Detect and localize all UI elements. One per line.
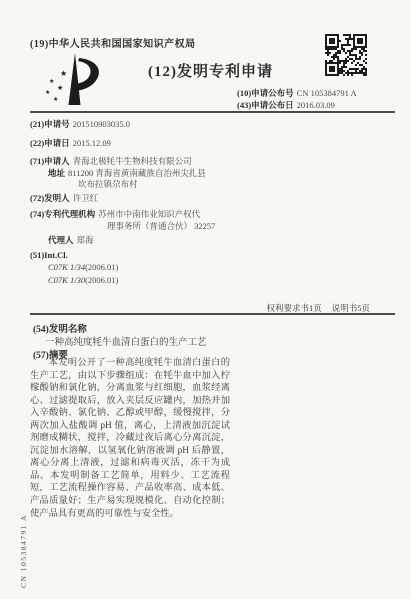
star: ★ (49, 78, 54, 85)
application-number-value: 201510903035.0 (73, 119, 130, 129)
publication-date-row: (43)申请公布日2016.03.09 (237, 99, 335, 111)
publication-date-label: (43)申请公布日 (237, 100, 294, 110)
ipc-code: C07K 1/34 (48, 262, 85, 272)
address-row: 地址811200 青海省黄南藏族自治州尖扎县 (30, 168, 270, 180)
agency-value: 苏州市中南伟业知识产权代 (98, 209, 200, 219)
agent-row: 代理人郑海 (30, 235, 270, 247)
abstract-text: 本发明公开了一种高纯度牦牛血清白蛋白的生产工艺，由以下步骤组成：在牦牛血中加入柠… (30, 357, 230, 520)
address-label: 地址 (48, 168, 65, 178)
inventor-row: (72)发明人许卫红 (30, 193, 270, 205)
publication-number-value: CN 105384791 A (297, 88, 357, 98)
publication-number-label: (10)申请公布号 (237, 88, 294, 98)
address-value-line2: 坎布拉镇尕布村 (78, 179, 138, 189)
side-publication-number: CN 105384791 A (19, 514, 28, 588)
star: ★ (53, 96, 58, 103)
applicant-row: (71)申请人青海北极牦牛生物科技有限公司 (30, 156, 270, 168)
address-row-2: 坎布拉镇尕布村 (30, 179, 270, 191)
invention-title: 一种高纯度牦牛血清白蛋白的生产工艺 (45, 334, 207, 348)
qr-code-icon (325, 34, 367, 76)
applicant-value: 青海北极牦牛生物科技有限公司 (73, 156, 192, 166)
logo-p-bowl (78, 58, 99, 91)
application-date-label: (22)申请日 (30, 138, 70, 148)
claims-pages: 权利要求书1页 (266, 303, 321, 313)
section-divider (30, 313, 395, 315)
agency-row: (74)专利代理机构苏州市中南伟业知识产权代 (30, 209, 270, 221)
application-number-row: (21)申请号201510903035.0 (30, 119, 270, 131)
header-divider (30, 111, 395, 113)
agent-value: 郑海 (77, 235, 94, 245)
agent-label: 代理人 (48, 235, 74, 245)
star: ★ (60, 69, 67, 78)
address-value: 811200 青海省黄南藏族自治州尖扎县 (68, 168, 206, 178)
inventor-label: (72)发明人 (30, 193, 70, 203)
ipc-code: C07K 1/30 (48, 275, 85, 285)
star: ★ (45, 89, 50, 96)
applicant-label: (71)申请人 (30, 156, 70, 166)
issuing-office: (19)中华人民共和国国家知识产权局 (30, 35, 196, 50)
description-pages: 说明书5页 (332, 303, 370, 313)
application-date-value: 2015.12.09 (73, 138, 111, 148)
int-cl-entry: C07K 1/30(2006.01) (30, 275, 270, 287)
bibliographic-data: (21)申请号201510903035.0 (22)申请日2015.12.09 … (30, 115, 270, 286)
agency-label: (74)专利代理机构 (30, 209, 95, 219)
agency-row-2: 理事务所（普通合伙） 32257 (30, 221, 270, 233)
ipc-version: (2006.01) (85, 262, 118, 272)
int-cl-entry: C07K 1/34(2006.01) (30, 262, 270, 274)
application-date-row: (22)申请日2015.12.09 (30, 138, 270, 150)
star: ★ (57, 84, 63, 92)
patent-front-page: (19)中华人民共和国国家知识产权局 ★ ★ ★ ★ ★ (12)发明专利申请 … (0, 0, 411, 599)
publication-number-row: (10)申请公布号CN 105384791 A (237, 87, 357, 99)
ipc-version: (2006.01) (85, 275, 118, 285)
inventor-value: 许卫红 (73, 193, 99, 203)
int-cl-label: (51)Int.Cl. (30, 250, 68, 260)
agency-value-line2: 理事务所（普通合伙） 32257 (107, 221, 215, 231)
application-number-label: (21)申请号 (30, 119, 70, 129)
sipo-logo-icon: ★ ★ ★ ★ ★ (36, 52, 108, 108)
invention-title-label: (54)发明名称 (33, 321, 87, 335)
publication-date-value: 2016.03.09 (297, 100, 335, 110)
int-cl-row: (51)Int.Cl. (30, 250, 270, 262)
document-type-title: (12)发明专利申请 (148, 60, 273, 81)
